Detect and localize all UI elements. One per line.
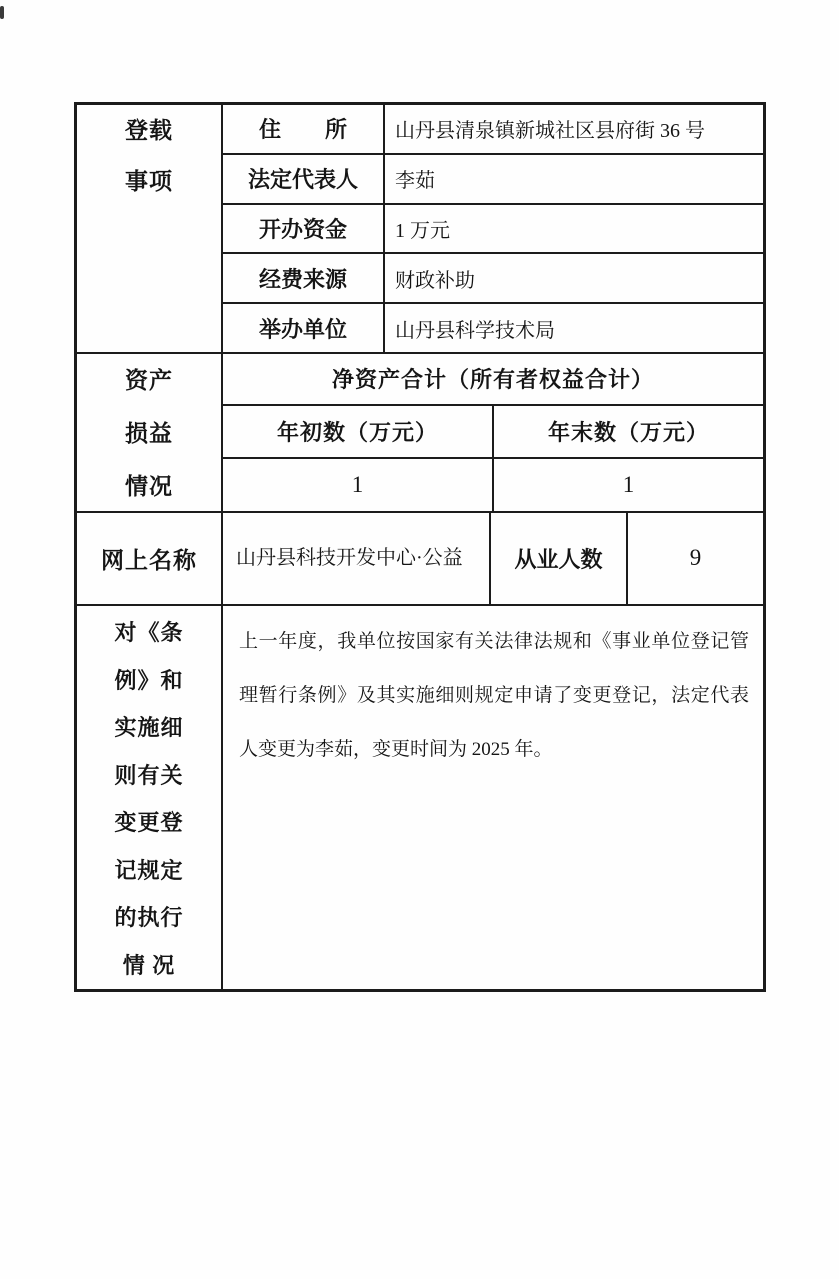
registered-items-rows: 住 所 山丹县清泉镇新城社区县府街 36 号 法定代表人 李茹 开办资金 1 万…	[223, 105, 763, 352]
scanned-page: 登载 事项 住 所 山丹县清泉镇新城社区县府街 36 号 法定代表人 李茹 开办…	[0, 0, 839, 1279]
table-row: 开办资金 1 万元	[223, 205, 763, 255]
online-name-section: 网上名称 山丹县科技开发中心·公益 从业人数 9	[77, 513, 763, 606]
address-label: 住 所	[223, 105, 385, 153]
header-line: 网上名称	[101, 542, 197, 575]
table-row: 法定代表人 李茹	[223, 155, 763, 205]
staff-count-value: 9	[628, 513, 763, 604]
header-line: 变更登	[114, 799, 183, 847]
table-row: 经费来源 财政补助	[223, 254, 763, 304]
opening-funds-label: 开办资金	[223, 205, 385, 253]
table-row: 年初数（万元） 年末数（万元）	[223, 406, 763, 460]
header-line: 例》和	[114, 657, 183, 705]
assets-grid: 净资产合计（所有者权益合计） 年初数（万元） 年末数（万元） 1 1	[223, 354, 763, 511]
registered-items-header: 登载 事项	[77, 105, 223, 352]
assets-section: 资产 损益 情况 净资产合计（所有者权益合计） 年初数（万元） 年末数（万元） …	[77, 354, 763, 513]
assets-header: 资产 损益 情况	[77, 354, 223, 511]
opening-funds-value: 1 万元	[385, 205, 763, 253]
header-line: 对《条	[114, 609, 183, 657]
online-name-text: 山丹县科技开发中心·公益	[236, 536, 463, 580]
legal-representative-value: 李茹	[385, 155, 763, 203]
funding-source-value: 财政补助	[385, 254, 763, 302]
online-name-header: 网上名称	[77, 513, 223, 604]
compliance-statement: 上一年度，我单位按国家有关法律法规和《事业单位登记管理暂行条例》及其实施细则规定…	[223, 606, 763, 989]
header-line: 情 况	[123, 942, 176, 990]
year-start-column-header: 年初数（万元）	[223, 406, 494, 458]
table-row: 1 1	[223, 459, 763, 511]
header-line: 登载	[125, 105, 173, 156]
header-line: 的执行	[114, 894, 183, 942]
header-line: 记规定	[114, 847, 183, 895]
online-name-value: 山丹县科技开发中心·公益	[223, 513, 491, 604]
year-start-value: 1	[223, 459, 494, 511]
header-line: 资产	[125, 354, 173, 407]
header-line: 实施细	[114, 704, 183, 752]
compliance-header: 对《条 例》和 实施细 则有关 变更登 记规定 的执行 情 况	[77, 606, 223, 989]
registered-items-section: 登载 事项 住 所 山丹县清泉镇新城社区县府街 36 号 法定代表人 李茹 开办…	[77, 105, 763, 354]
table-row: 举办单位 山丹县科学技术局	[223, 304, 763, 352]
year-end-value: 1	[494, 459, 763, 511]
staff-count-label: 从业人数	[491, 513, 628, 604]
header-line: 则有关	[114, 752, 183, 800]
table-row: 住 所 山丹县清泉镇新城社区县府街 36 号	[223, 105, 763, 155]
year-end-column-header: 年末数（万元）	[494, 406, 763, 458]
address-value: 山丹县清泉镇新城社区县府街 36 号	[385, 105, 763, 153]
sponsor-unit-value: 山丹县科学技术局	[385, 304, 763, 352]
header-line: 情况	[125, 460, 173, 513]
net-assets-title: 净资产合计（所有者权益合计）	[223, 354, 763, 406]
annual-report-form: 登载 事项 住 所 山丹县清泉镇新城社区县府街 36 号 法定代表人 李茹 开办…	[74, 102, 766, 992]
scan-artifact	[0, 6, 4, 19]
header-line: 损益	[125, 407, 173, 460]
compliance-section: 对《条 例》和 实施细 则有关 变更登 记规定 的执行 情 况 上一年度，我单位…	[77, 606, 763, 989]
header-line: 事项	[125, 156, 173, 207]
funding-source-label: 经费来源	[223, 254, 385, 302]
sponsor-unit-label: 举办单位	[223, 304, 385, 352]
legal-representative-label: 法定代表人	[223, 155, 385, 203]
